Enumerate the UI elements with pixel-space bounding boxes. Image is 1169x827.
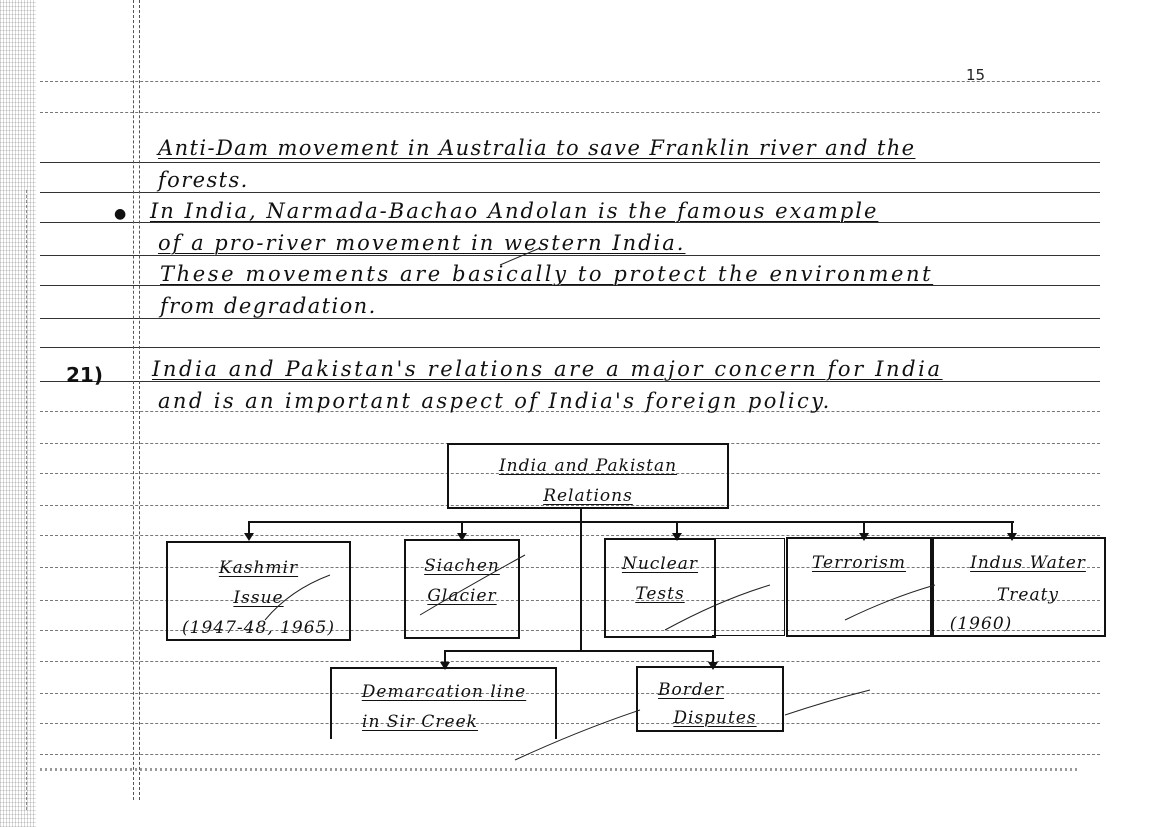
scan-footer-noise [40,768,1080,771]
pencil-strokes [0,0,1169,827]
scanned-notebook-page: 15 Anti-Dam movement in Australia to sav… [0,0,1169,827]
